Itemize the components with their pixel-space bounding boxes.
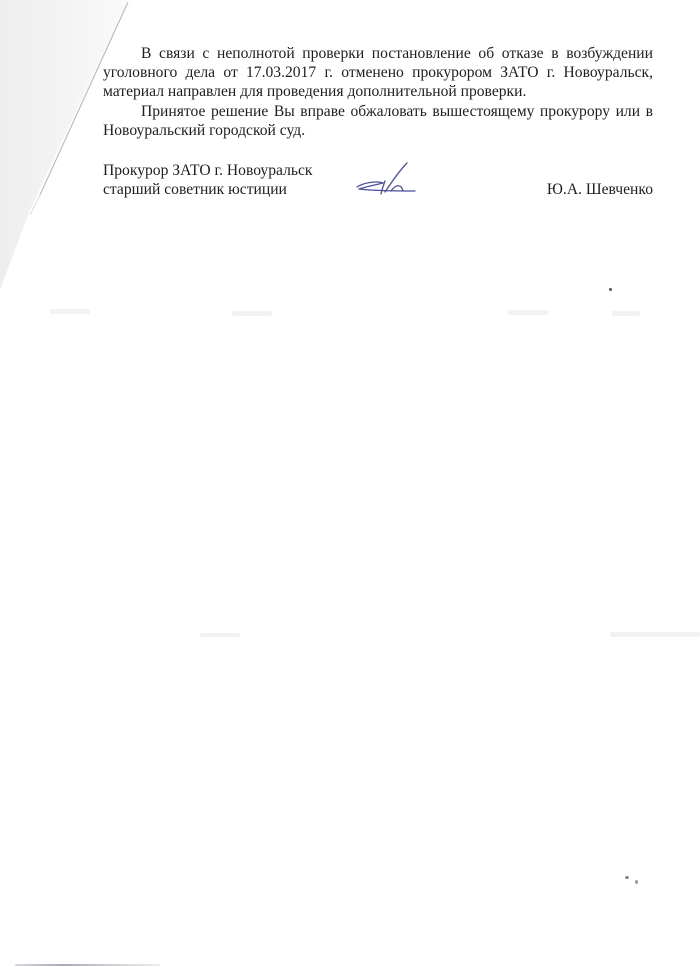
scan-edge-line (15, 964, 160, 966)
signature-block: Прокурор ЗАТО г. Новоуральск старший сов… (103, 161, 653, 199)
scan-speck (609, 288, 612, 291)
paragraph-inspection-cancelled: В связи с неполнотой проверки постановле… (103, 44, 653, 102)
scan-speck (625, 876, 629, 879)
scan-speck (635, 880, 638, 884)
scan-smudge (200, 633, 240, 637)
handwritten-signature (355, 161, 425, 203)
letter-body: В связи с неполнотой проверки постановле… (103, 44, 653, 140)
scan-smudge (612, 311, 640, 316)
scan-smudge (610, 632, 700, 637)
scan-smudge (232, 311, 272, 316)
signer-name: Ю.А. Шевченко (547, 180, 653, 199)
scan-smudge (50, 309, 90, 314)
folded-corner-shadow (0, 0, 130, 967)
scan-smudge (508, 310, 548, 315)
paragraph-appeal-right: Принятое решение Вы вправе обжаловать вы… (103, 102, 653, 140)
scanned-document-page: В связи с неполнотой проверки постановле… (0, 0, 700, 967)
